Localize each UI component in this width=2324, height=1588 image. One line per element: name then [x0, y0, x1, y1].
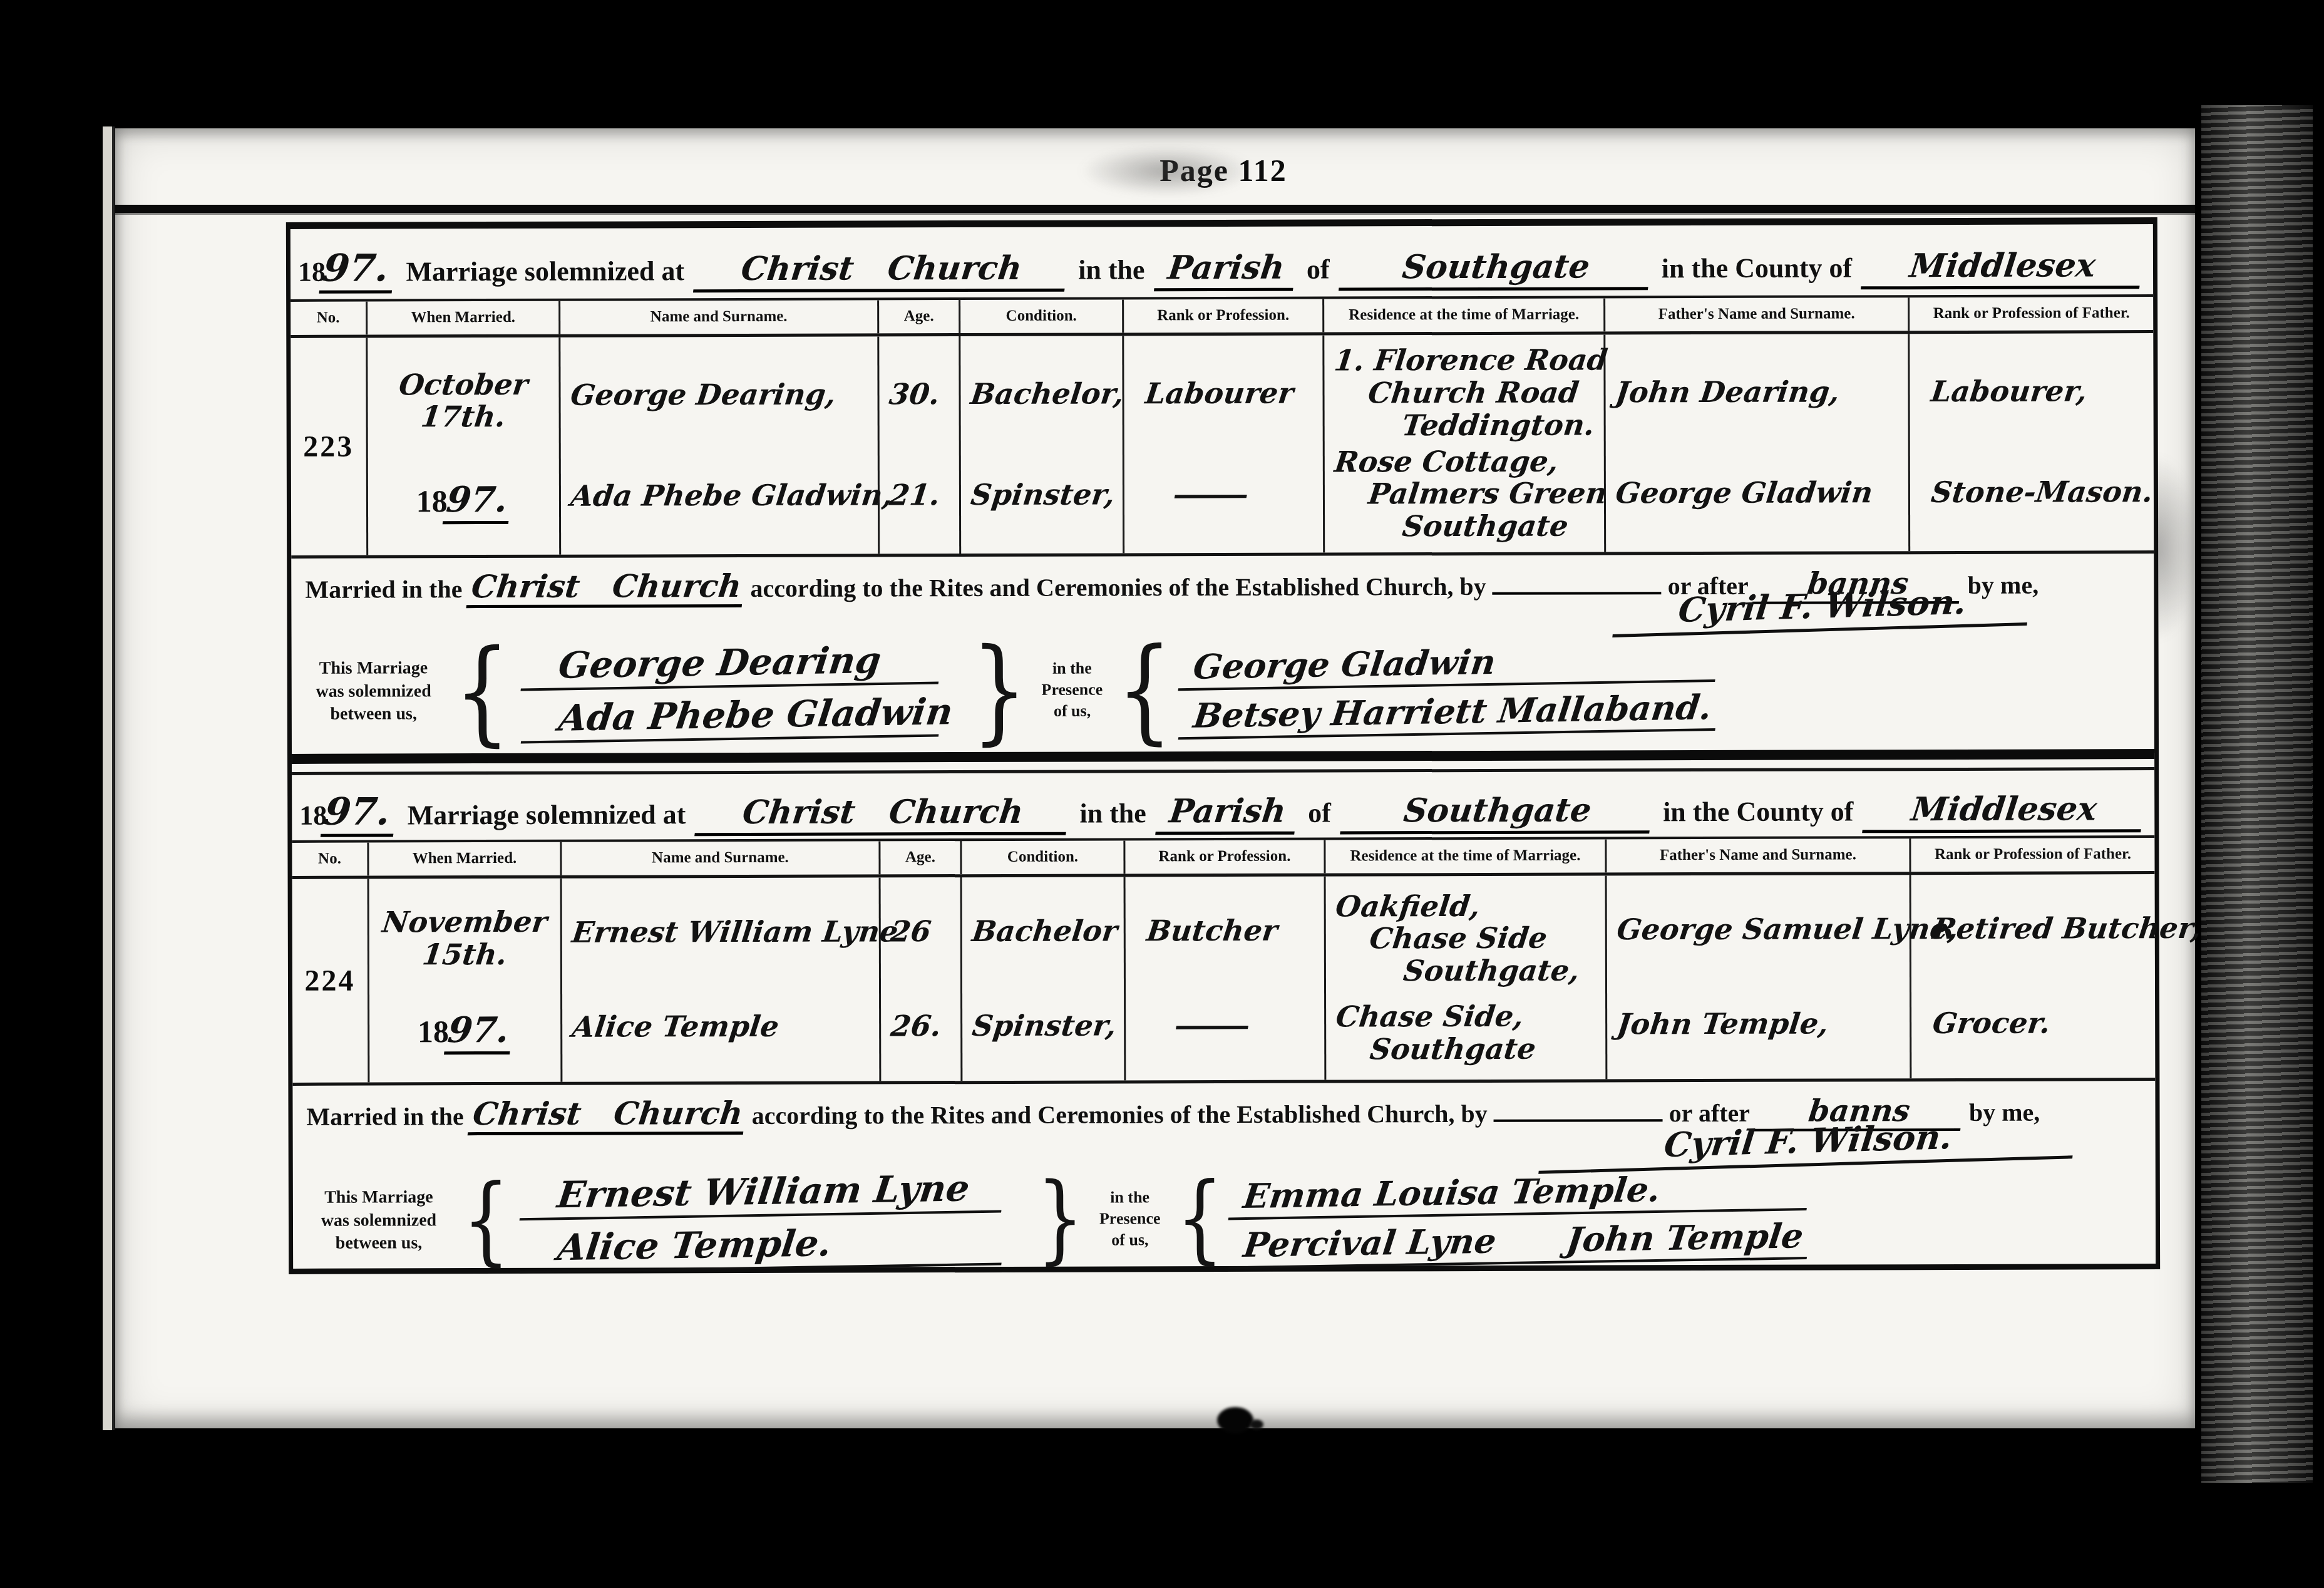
- header-when-married: When Married.: [369, 842, 562, 876]
- presence-line: Presence: [1086, 1208, 1175, 1229]
- year-handwritten: 97.: [443, 480, 514, 524]
- brace-open-icon: [1117, 632, 1173, 746]
- record-2-column-headers: No. When Married. Name and Surname. Age.…: [292, 835, 2154, 879]
- married-church-handwritten: Christ Church: [468, 1095, 748, 1135]
- signature-row-spacer: [1724, 687, 2147, 688]
- this-marriage-line: was solemnized: [296, 680, 452, 703]
- brace-open-icon: [462, 1172, 510, 1269]
- bride-father-name: John Temple,: [1615, 1008, 1901, 1041]
- bride-father-name: George Gladwin: [1614, 477, 1900, 510]
- header-no: No.: [290, 302, 368, 335]
- bride-father-profession: Stone-Mason.: [1930, 477, 2146, 509]
- groom-condition: Bachelor: [970, 915, 1116, 948]
- blank-underline: [1494, 1094, 1663, 1122]
- header-name-surname: Name and Surname.: [562, 841, 880, 875]
- groom-name: George Dearing,: [568, 378, 869, 411]
- presence-line: in the: [1030, 658, 1114, 679]
- bride-name: Alice Temple: [570, 1010, 871, 1043]
- bride-condition: Spinster,: [969, 479, 1114, 512]
- year-printed-prefix: 18: [418, 1014, 449, 1049]
- cell-when-married: November 15th. 1897.: [369, 879, 563, 1083]
- groom-father-name: John Dearing,: [1613, 376, 1900, 409]
- groom-age: 30.: [887, 378, 950, 411]
- header-when-married: When Married.: [368, 301, 560, 335]
- married-church-handwritten: Christ Church: [466, 567, 747, 608]
- cell-ages: 30. 21.: [879, 336, 961, 554]
- wedding-year: 1897.: [378, 480, 549, 524]
- parish-word-handwritten: Parish: [1153, 249, 1298, 292]
- groom-condition: Bachelor,: [969, 378, 1114, 410]
- presence-line: of us,: [1030, 700, 1114, 721]
- year-handwritten: 97.: [444, 1011, 515, 1054]
- presence-line: of us,: [1086, 1229, 1175, 1250]
- this-marriage-line: between us,: [296, 703, 452, 726]
- bride-name: Ada Phebe Gladwin,: [569, 480, 870, 513]
- groom-residence-line: 1. Florence Road: [1332, 344, 1609, 378]
- record-1-entries: 223 October 17th. 1897. George Dearing, …: [290, 333, 2154, 559]
- groom-father-profession: Labourer,: [1929, 375, 2145, 408]
- parish-name-handwritten: Southgate: [1340, 791, 1654, 834]
- header-name-surname: Name and Surname.: [560, 300, 879, 334]
- church-name-handwritten: Christ Church: [693, 249, 1069, 293]
- county-handwritten: Middlesex: [1862, 790, 2146, 833]
- cell-father-professions: Labourer, Stone-Mason.: [1910, 333, 2154, 551]
- ink-smudge: [1217, 1407, 1253, 1433]
- header-rank-profession: Rank or Profession.: [1125, 840, 1325, 874]
- year-printed-prefix: 18: [416, 483, 448, 518]
- groom-profession: Labourer: [1143, 378, 1314, 410]
- of-label: of: [1307, 254, 1330, 286]
- in-the-label: in the: [1078, 254, 1144, 286]
- record-1-signatures-section: This Marriage was solemnized between us,…: [292, 631, 2154, 754]
- record-2-year: 1897.: [299, 790, 396, 837]
- record-2-entries: 224 November 15th. 1897. Ernest William …: [292, 874, 2156, 1086]
- bride-residence-line: Chase Side,: [1334, 1001, 1525, 1033]
- couple-signatures: George Dearing Ada Phebe Gladwin: [512, 641, 969, 741]
- bride-residence-line: Rose Cottage,: [1333, 446, 1560, 478]
- cell-father-professions: Retired Butcher, Grocer.: [1911, 874, 2156, 1078]
- cell-father-names: John Dearing, George Gladwin: [1605, 334, 1910, 552]
- this-marriage-label: This Marriage was solemnized between us,: [296, 657, 452, 726]
- brace-open-icon: [1176, 1170, 1223, 1267]
- record-1-intro-line: 1897. Marriage solemnized at Christ Chur…: [290, 224, 2153, 299]
- wedding-month: November: [381, 906, 549, 939]
- groom-name: Ernest William Lyne: [570, 916, 871, 949]
- cell-residences: Oakfield, Chase Side Southgate, Chase Si…: [1326, 875, 1608, 1080]
- record-2-signatures-section: This Marriage was solemnized between us,…: [293, 1175, 2156, 1269]
- parish-name-handwritten: Southgate: [1339, 247, 1653, 291]
- bride-age: 21.: [888, 480, 951, 512]
- bride-age: 26.: [889, 1010, 952, 1043]
- solemnized-at-label: Marriage solemnized at: [406, 255, 684, 287]
- groom-father-name: George Samuel Lyne,: [1615, 914, 1901, 947]
- groom-residence: 1. Florence Road Church Road Teddington.: [1334, 344, 1593, 442]
- header-condition: Condition.: [960, 299, 1124, 333]
- header-father-name: Father's Name and Surname.: [1607, 838, 1911, 872]
- book-right-page-edges: [2201, 105, 2313, 1483]
- page-top-rule: [115, 205, 2195, 213]
- bride-father-profession: Grocer.: [1931, 1007, 2147, 1039]
- cell-professions: Labourer —: [1124, 336, 1325, 554]
- groom-residence-line: Southgate,: [1401, 954, 1581, 987]
- header-rank-profession: Rank or Profession.: [1124, 299, 1324, 333]
- rites-ceremonies-label: according to the Rites and Ceremonies of…: [752, 1099, 1488, 1130]
- bride-residence-line: Palmers Green: [1367, 478, 1608, 511]
- this-marriage-line: This Marriage: [296, 657, 452, 681]
- header-residence: Residence at the time of Marriage.: [1324, 298, 1605, 332]
- married-in-the-label: Married in the: [306, 1101, 463, 1132]
- parish-word-handwritten: Parish: [1155, 792, 1300, 835]
- cell-when-married: October 17th. 1897.: [368, 338, 561, 555]
- marriage-record-1: 1897. Marriage solemnized at Christ Chur…: [290, 224, 2154, 754]
- marriage-record-2: 1897. Marriage solemnized at Christ Chur…: [292, 770, 2156, 1269]
- header-residence: Residence at the time of Marriage.: [1325, 839, 1607, 873]
- wedding-day: 17th.: [419, 401, 508, 433]
- this-marriage-line: was solemnized: [297, 1209, 461, 1232]
- witness-signature: George Gladwin: [1178, 638, 1720, 691]
- brace-close-icon: [971, 633, 1027, 747]
- cell-names: Ernest William Lyne Alice Temple: [562, 877, 882, 1081]
- bride-signature: Ada Phebe Gladwin: [520, 691, 943, 744]
- cell-entry-number: 224: [292, 879, 370, 1083]
- cell-residences: 1. Florence Road Church Road Teddington.…: [1324, 334, 1606, 552]
- wedding-day: 15th.: [421, 939, 509, 971]
- wedding-date: November 15th.: [379, 906, 550, 971]
- groom-residence-line: Church Road: [1366, 376, 1580, 409]
- record-2-intro-line: 1897. Marriage solemnized at Christ Chur…: [292, 770, 2154, 840]
- header-condition: Condition.: [962, 840, 1125, 874]
- married-in-the-label: Married in the: [305, 574, 462, 604]
- header-age: Age.: [880, 841, 962, 874]
- presence-label: in the Presence of us,: [1030, 658, 1115, 722]
- this-marriage-line: between us,: [297, 1232, 461, 1255]
- groom-signature: George Dearing: [520, 638, 943, 691]
- of-label: of: [1308, 797, 1331, 829]
- witness-signature: Betsey Harriett Mallaband.: [1178, 687, 1720, 740]
- witness-signature: Percival Lyne John Temple: [1228, 1215, 1812, 1269]
- bride-residence-line: Southgate: [1368, 1033, 1538, 1065]
- cell-ages: 26 26.: [881, 877, 963, 1081]
- county-of-label: in the County of: [1662, 252, 1853, 284]
- presence-line: Presence: [1030, 679, 1114, 701]
- in-the-label: in the: [1079, 797, 1146, 829]
- presence-line: in the: [1086, 1187, 1175, 1209]
- bride-signature: Alice Temple.: [520, 1219, 1007, 1274]
- wedding-date: October 17th.: [378, 368, 548, 433]
- record-2-married-in-section: Married in the Christ Church according t…: [292, 1081, 2155, 1180]
- witness-signature: Emma Louisa Temple.: [1228, 1167, 1812, 1220]
- groom-profession: Butcher: [1145, 915, 1316, 947]
- cell-conditions: Bachelor, Spinster,: [960, 336, 1124, 554]
- groom-residence-line: Oakfield,: [1334, 890, 1482, 923]
- bride-residence-line: Southgate: [1401, 510, 1570, 543]
- signature-row-spacer: [1815, 1216, 2148, 1217]
- groom-residence-line: Teddington.: [1400, 409, 1596, 441]
- entry-number: 223: [303, 430, 354, 464]
- couple-signatures: Ernest William Lyne Alice Temple.: [512, 1170, 1035, 1270]
- bride-residence: Rose Cottage, Palmers Green Southgate: [1335, 445, 1594, 543]
- header-father-rank: Rank or Profession of Father.: [1910, 297, 2153, 331]
- header-age: Age.: [879, 300, 960, 333]
- this-marriage-label: This Marriage was solemnized between us,: [297, 1187, 461, 1255]
- solemnized-at-label: Marriage solemnized at: [408, 798, 686, 831]
- ink-smudge: [1250, 1420, 1263, 1430]
- groom-signature: Ernest William Lyne: [520, 1167, 1007, 1221]
- bride-condition: Spinster,: [970, 1009, 1116, 1042]
- marriage-register-table: 1897. Marriage solemnized at Christ Chur…: [286, 217, 2160, 1274]
- cell-conditions: Bachelor Spinster,: [962, 877, 1126, 1081]
- year-handwritten: 97.: [319, 246, 397, 293]
- record-1-year: 1897.: [298, 246, 395, 293]
- record-1-married-in-section: Married in the Christ Church according t…: [291, 554, 2154, 636]
- county-of-label: in the County of: [1663, 795, 1854, 828]
- entry-number: 224: [304, 964, 355, 998]
- year-handwritten: 97.: [321, 790, 399, 837]
- groom-age: 26: [889, 916, 952, 949]
- header-father-name: Father's Name and Surname.: [1605, 297, 1910, 331]
- cell-professions: Butcher —: [1126, 877, 1327, 1081]
- page-number: Page 112: [1123, 152, 1324, 188]
- register-page: Page 112 1897. Marriage solemnized at Ch…: [115, 128, 2195, 1428]
- groom-residence: Oakfield, Chase Side Southgate,: [1336, 890, 1595, 987]
- this-marriage-line: This Marriage: [297, 1187, 461, 1210]
- county-handwritten: Middlesex: [1861, 246, 2144, 289]
- rites-ceremonies-label: according to the Rites and Ceremonies of…: [750, 572, 1486, 603]
- header-no: No.: [292, 843, 369, 876]
- groom-residence-line: Chase Side: [1368, 922, 1549, 955]
- wedding-year: 1897.: [379, 1011, 550, 1054]
- brace-open-icon: [454, 634, 510, 748]
- book-left-page-edge: [103, 126, 112, 1430]
- cell-names: George Dearing, Ada Phebe Gladwin,: [560, 336, 880, 554]
- church-name-handwritten: Christ Church: [694, 793, 1071, 837]
- cell-entry-number: 223: [290, 338, 368, 555]
- groom-father-profession: Retired Butcher,: [1931, 913, 2147, 946]
- witness-signatures: George Gladwin Betsey Harriett Mallaband…: [1175, 642, 1724, 736]
- header-father-rank: Rank or Profession of Father.: [1911, 838, 2154, 872]
- scanned-register-photo: Page 112 1897. Marriage solemnized at Ch…: [0, 0, 2324, 1588]
- record-1-column-headers: No. When Married. Name and Surname. Age.…: [290, 294, 2153, 338]
- cell-father-names: George Samuel Lyne, John Temple,: [1607, 875, 1912, 1079]
- presence-label: in the Presence of us,: [1086, 1187, 1175, 1251]
- witness-signatures: Emma Louisa Temple. Percival Lyne John T…: [1225, 1171, 1815, 1265]
- brace-close-icon: [1036, 1171, 1084, 1267]
- wedding-month: October: [397, 368, 530, 401]
